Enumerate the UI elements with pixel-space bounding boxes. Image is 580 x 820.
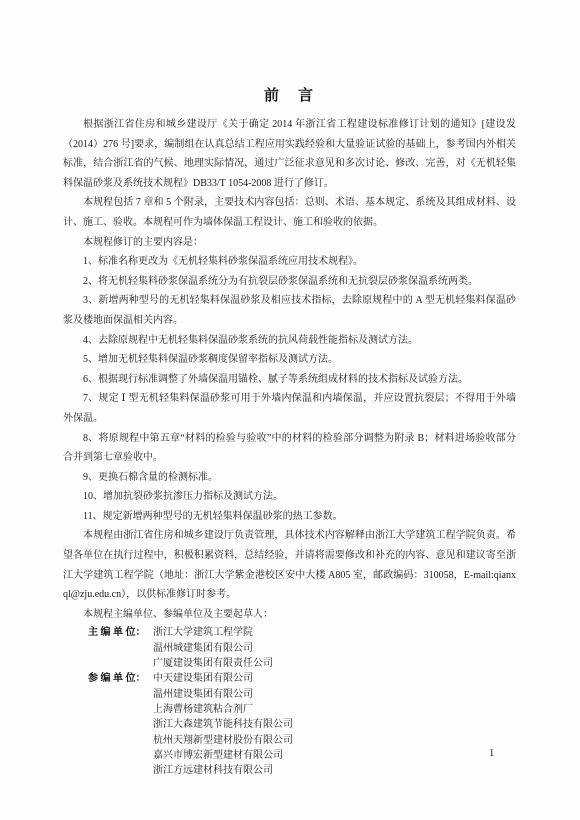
participating-editor-block: 参 编 单 位： 中天建设集团有限公司 温州建设集团有限公司 上海曹杨建筑粘合剂… — [88, 671, 516, 778]
company-name: 温州建设集团有限公司 — [153, 687, 516, 702]
preface-body: 根据浙江省住房和城乡建设厅《关于确定 2014 年浙江省工程建设标准修订计划的通… — [63, 115, 516, 624]
company-name: 温州城建集团有限公司 — [153, 641, 516, 656]
revision-item-6: 6、根据现行标准调整了外墙保温用锚栓、腻子等系统组成材料的技术指标及试验方法。 — [63, 370, 516, 390]
revision-item-11: 11、规定新增两种型号的无机轻集料保温砂浆的热工参数。 — [63, 507, 516, 527]
company-name: 浙江方远建材科技有限公司 — [153, 763, 516, 778]
preface-paragraph-4: 本规程由浙江省住房和城乡建设厅负责管理，具体技术内容解释由浙江大学建筑工程学院负… — [63, 526, 516, 604]
editors-section: 主 编 单 位： 浙江大学建筑工程学院 温州城建集团有限公司 广厦建设集团有限责… — [63, 625, 516, 778]
preface-paragraph-3: 本规程修订的主要内容是： — [63, 233, 516, 253]
chief-editor-label: 主 编 单 位： — [88, 625, 153, 640]
company-name: 广厦建设集团有限责任公司 — [153, 656, 516, 671]
page-number: 1 — [489, 748, 494, 759]
page-title: 前 言 — [63, 86, 516, 106]
document-page: 前 言 根据浙江省住房和城乡建设厅《关于确定 2014 年浙江省工程建设标准修订… — [0, 0, 580, 820]
revision-item-1: 1、标准名称更改为《无机轻集料砂浆保温系统应用技术规程》。 — [63, 252, 516, 272]
revision-item-5: 5、增加无机轻集料保温砂浆稠度保留率指标及测试方法。 — [63, 350, 516, 370]
chief-editor-block: 主 编 单 位： 浙江大学建筑工程学院 温州城建集团有限公司 广厦建设集团有限责… — [88, 625, 516, 671]
revision-item-10: 10、增加抗裂砂浆抗渗压力指标及测试方法。 — [63, 487, 516, 507]
participating-editor-companies: 中天建设集团有限公司 温州建设集团有限公司 上海曹杨建筑粘合剂厂 浙江大森建筑节… — [153, 671, 516, 778]
company-name: 浙江大森建筑节能科技有限公司 — [153, 717, 516, 732]
revision-item-8: 8、将原规程中第五章“材料的检验与验收”中的材料的检验部分调整为附录 B；材料进… — [63, 429, 516, 468]
revision-item-9: 9、更换石棉含量的检测标准。 — [63, 468, 516, 488]
preface-paragraph-2: 本规程包括 7 章和 5 个附录，主要技术内容包括：总则、术语、基本规定、系统及… — [63, 193, 516, 232]
chief-editor-companies: 浙江大学建筑工程学院 温州城建集团有限公司 广厦建设集团有限责任公司 — [153, 625, 516, 671]
revision-item-4: 4、去除原规程中无机轻集料保温砂浆系统的抗风荷载性能指标及测试方法。 — [63, 331, 516, 351]
preface-paragraph-5: 本规程主编单位、参编单位及主要起草人： — [63, 605, 516, 625]
preface-content: 前 言 根据浙江省住房和城乡建设厅《关于确定 2014 年浙江省工程建设标准修订… — [63, 86, 516, 778]
participating-editor-label: 参 编 单 位： — [88, 671, 153, 686]
company-name: 上海曹杨建筑粘合剂厂 — [153, 702, 516, 717]
preface-paragraph-1: 根据浙江省住房和城乡建设厅《关于确定 2014 年浙江省工程建设标准修订计划的通… — [63, 115, 516, 193]
company-name: 嘉兴市博宏新型建材有限公司 — [153, 748, 516, 763]
company-name: 浙江大学建筑工程学院 — [153, 625, 516, 640]
company-name: 杭州天翔新型建材股份有限公司 — [153, 733, 516, 748]
revision-item-2: 2、将无机轻集料砂浆保温系统分为有抗裂层砂浆保温系统和无抗裂层砂浆保温系统两类。 — [63, 272, 516, 292]
revision-item-7: 7、规定 Ⅰ 型无机轻集料保温砂浆可用于外墙内保温和内墙保温，并应设置抗裂层；不… — [63, 389, 516, 428]
revision-item-3: 3、新增两种型号的无机轻集料保温砂浆及相应技术指标，去除原规程中的 A 型无机轻… — [63, 291, 516, 330]
company-name: 中天建设集团有限公司 — [153, 671, 516, 686]
